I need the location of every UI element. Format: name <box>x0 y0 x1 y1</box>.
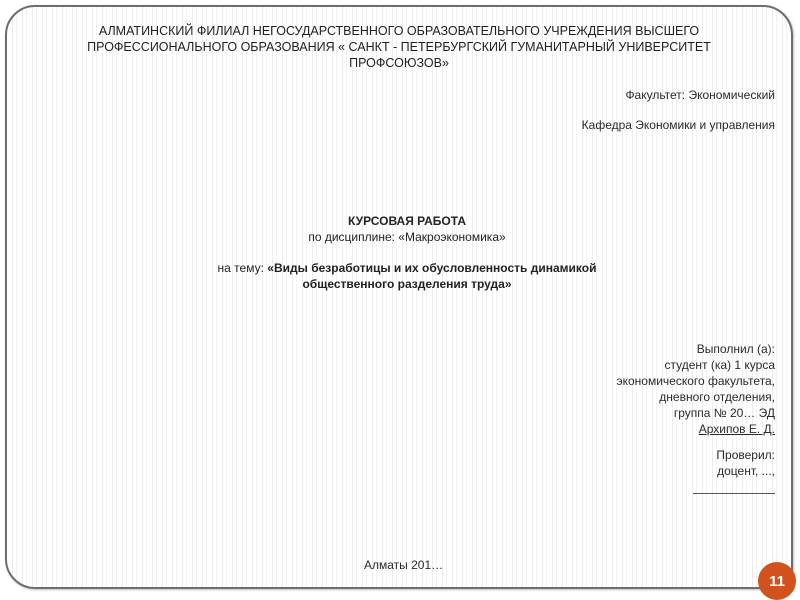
signature-line <box>693 493 775 494</box>
header-line-3: ПРОФСОЮЗОВ» <box>47 55 751 71</box>
author-group: группа № 20… ЭД <box>616 405 775 421</box>
title-block: КУРСОВАЯ РАБОТА по дисциплине: «Макроэко… <box>157 213 657 245</box>
author-line-1: студент (ка) 1 курса <box>616 357 775 373</box>
topic-line-2: общественного разделения труда» <box>157 276 657 292</box>
author-line-2: экономического факультета, <box>616 373 775 389</box>
author-label: Выполнил (а): <box>616 341 775 357</box>
work-kind: КУРСОВАЯ РАБОТА <box>157 213 657 229</box>
topic-block: на тему: «Виды безработицы и их обусловл… <box>157 260 657 292</box>
discipline: по дисциплине: «Макроэкономика» <box>157 229 657 245</box>
city-year: Алматы 201… <box>364 558 443 572</box>
header-line-1: АЛМАТИНСКИЙ ФИЛИАЛ НЕГОСУДАРСТВЕННОГО ОБ… <box>47 23 751 39</box>
author-line-3: дневного отделения, <box>616 389 775 405</box>
faculty-label: Факультет: Экономический <box>625 87 775 103</box>
reviewer-title: доцент, ..., <box>716 463 775 479</box>
author-name: Архипов Е. Д. <box>616 421 775 437</box>
institution-header: АЛМАТИНСКИЙ ФИЛИАЛ НЕГОСУДАРСТВЕННОГО ОБ… <box>47 23 751 71</box>
topic-label: на тему: <box>218 261 268 275</box>
page-number-badge: 11 <box>758 562 796 600</box>
reviewer-label: Проверил: <box>716 447 775 463</box>
slide-frame: АЛМАТИНСКИЙ ФИЛИАЛ НЕГОСУДАРСТВЕННОГО ОБ… <box>5 5 793 589</box>
reviewer-block: Проверил: доцент, ..., <box>716 447 775 479</box>
author-block: Выполнил (а): студент (ка) 1 курса эконо… <box>616 341 775 437</box>
topic-line-1: «Виды безработицы и их обусловленность д… <box>267 261 596 275</box>
department-label: Кафедра Экономики и управления <box>582 117 775 133</box>
header-line-2: ПРОФЕССИОНАЛЬНОГО ОБРАЗОВАНИЯ « САНКТ - … <box>47 39 751 55</box>
